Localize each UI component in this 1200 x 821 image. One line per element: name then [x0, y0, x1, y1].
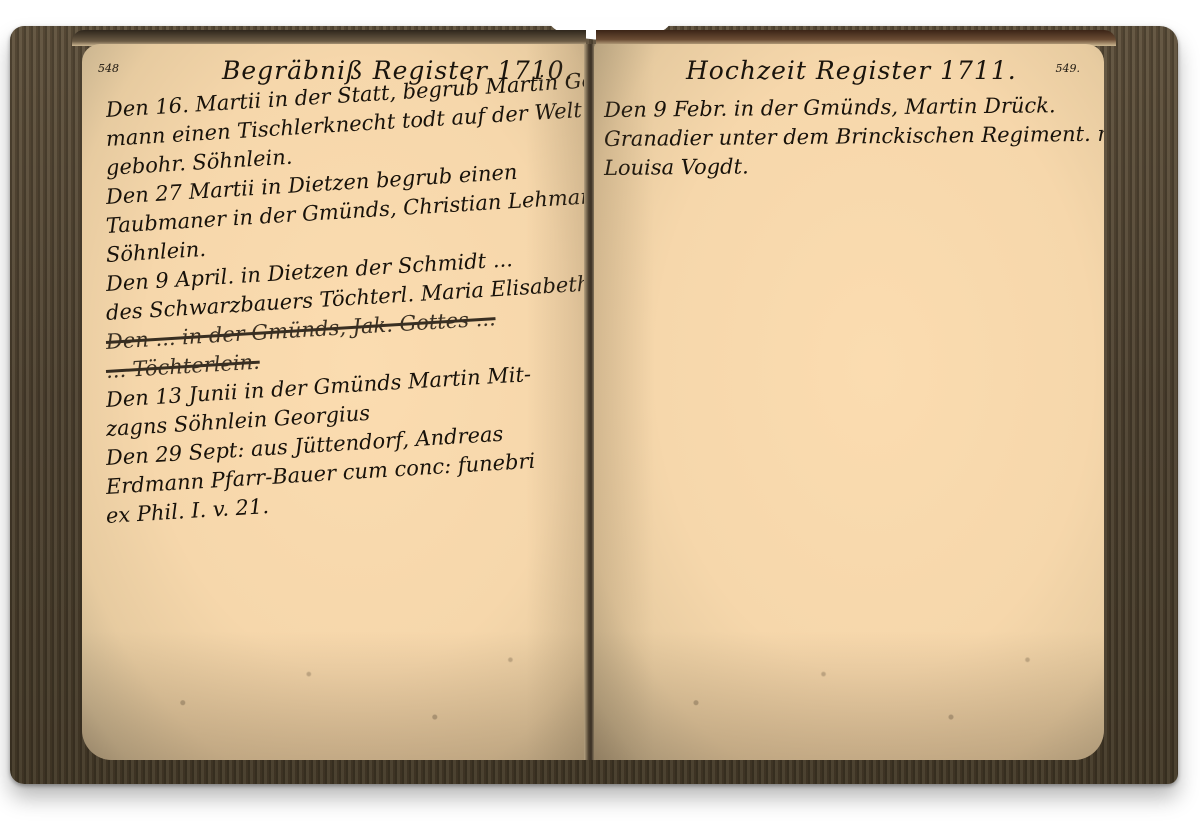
wedding-entries: Den 9 Febr. in der Gmünds, Martin Drück.…	[604, 96, 1090, 183]
burial-entries: Den 16. Martii in der Statt, begrub Mart…	[106, 96, 572, 531]
right-page: 549. Hochzeit Register 1711. Den 9 Febr.…	[594, 44, 1104, 760]
register-entry-line: Louisa Vogdt.	[604, 149, 1090, 183]
wedding-register-heading: Hochzeit Register 1711.	[686, 56, 1017, 85]
left-page: 548 Begräbniß Register 1710. Den 16. Mar…	[82, 44, 586, 760]
right-folio-number: 549.	[1056, 62, 1081, 75]
left-folio-number: 548	[98, 62, 119, 75]
